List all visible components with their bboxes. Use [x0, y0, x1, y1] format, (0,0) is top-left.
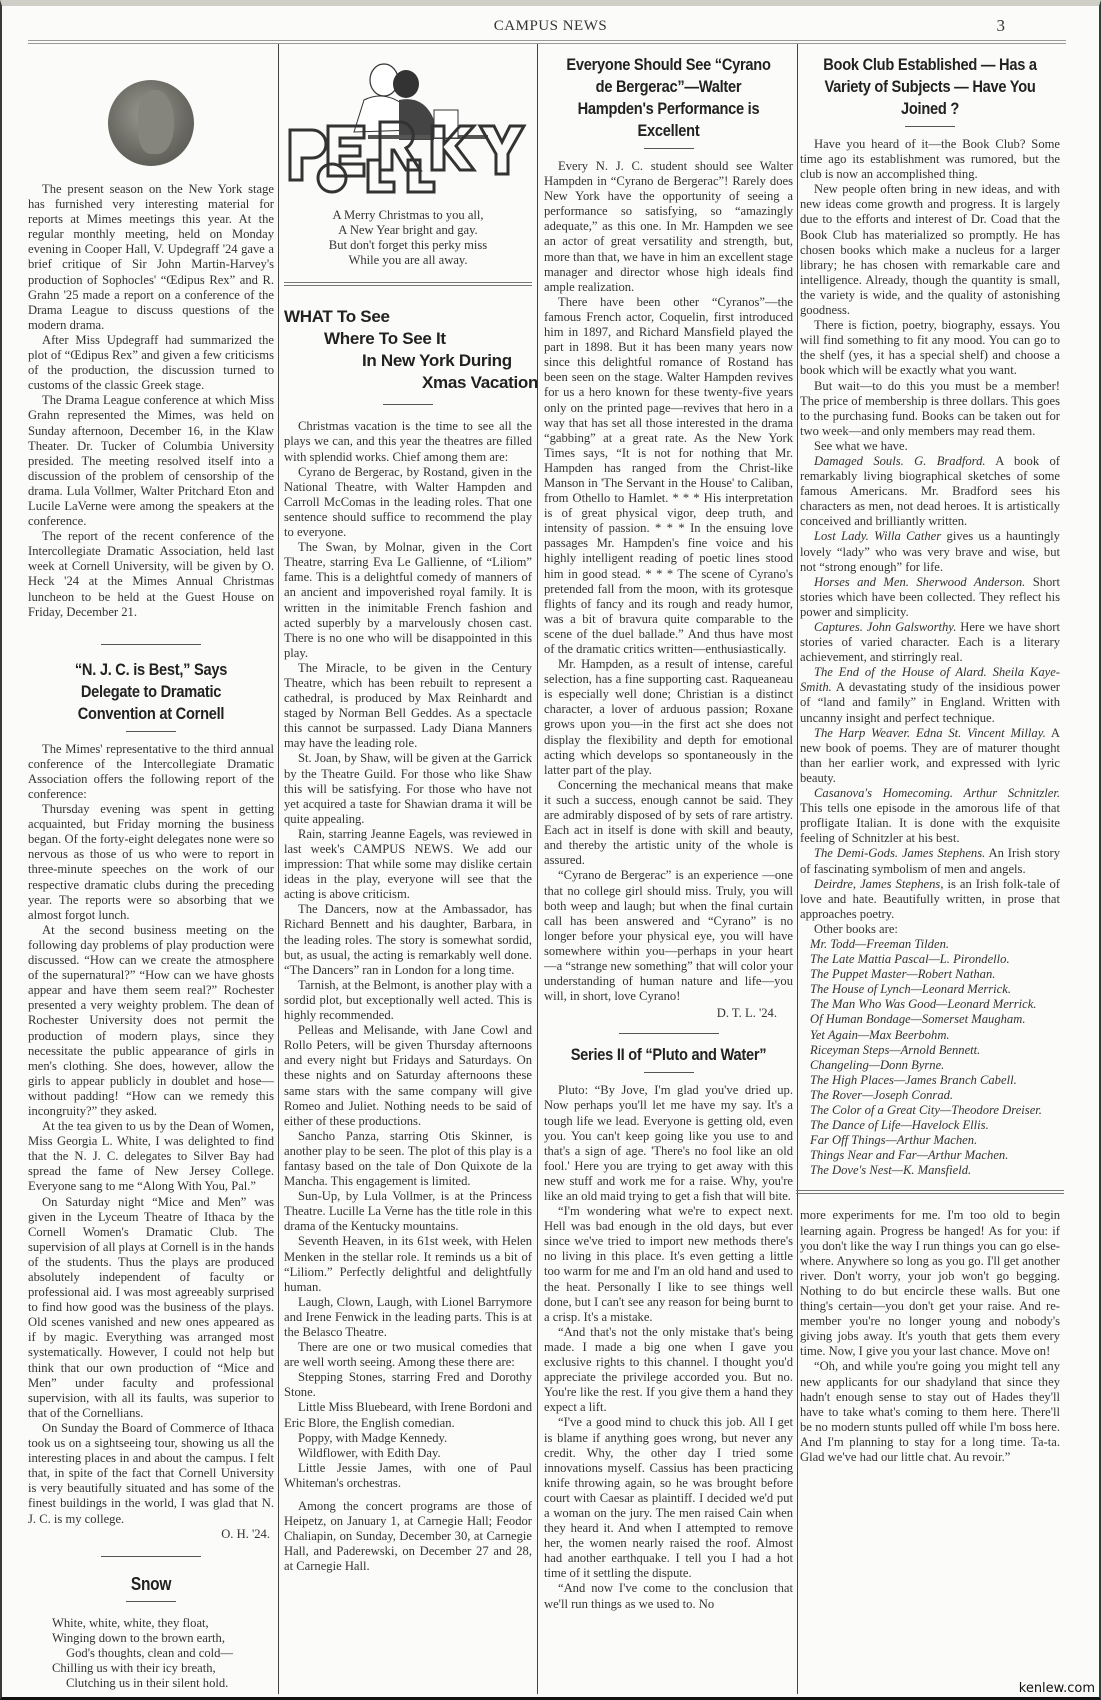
list-item: The Dance of Life—Havelock Ellis. [800, 1118, 1060, 1133]
paragraph: The present season on the New York stage… [28, 182, 274, 333]
paragraph: Among the concert programs are those of … [284, 1499, 532, 1574]
list-item: The Man Who Was Good—Leonard Merrick. [800, 997, 1060, 1012]
paragraph: Every N. J. C. student should see Wal­te… [544, 159, 793, 295]
signature: D. T. L. '24. [544, 1006, 793, 1021]
poem-line: Clutching us in their silent hold. [52, 1676, 274, 1691]
divider [619, 1033, 719, 1034]
column-2: A Merry Christmas to you all, A New Year… [284, 50, 532, 1575]
list-item: The House of Lynch—Leonard Mer­rick. [800, 982, 1060, 997]
newspaper-title: CAMPUS NEWS [0, 18, 1101, 35]
paragraph: Mr. Hampden, as a result of intense, car… [544, 657, 793, 778]
paragraph: After Miss Updegraff had summarized the … [28, 333, 274, 393]
masthead: CAMPUS NEWS 3 [0, 18, 1101, 38]
book-review: The Harp Weaver. Edna St. Vincent Millay… [800, 726, 1060, 786]
cyrano-headline: Everyone Should See “Cyrano de Bergerac”… [561, 54, 775, 142]
paragraph: “Cyrano de Bergerac” is an experience —o… [544, 868, 793, 1004]
play-entry: Seventh Heaven, in its 61st week, with H… [284, 1234, 532, 1294]
paragraph: There are one or two musical comedies th… [284, 1340, 532, 1370]
page-number: 3 [997, 16, 1006, 36]
musical-entry: Poppy, with Madge Kennedy. [284, 1431, 532, 1446]
verse-line: But don't forget this perky miss [284, 238, 532, 253]
divider [126, 1601, 176, 1602]
divider [126, 731, 176, 732]
divider [284, 282, 532, 286]
paragraph: On Saturday night “Mice and Men” was giv… [28, 1195, 274, 1421]
play-entry: The Miracle, to be given in the Cen­tury… [284, 661, 532, 752]
other-books-label: Other books are: [800, 922, 1060, 937]
paragraph: But wait—to do this you must be a member… [800, 379, 1060, 439]
paragraph: On Sunday the Board of Commerce of Ithac… [28, 1421, 274, 1527]
paragraph: At the tea given to us by the Dean of Wo… [28, 1119, 274, 1194]
paragraph: The Drama League conference at which Mis… [28, 393, 274, 529]
divider [796, 1190, 1064, 1194]
musical-entry: Stepping Stones, starring Fred and Dorot… [284, 1370, 532, 1400]
snow-title: Snow [45, 1573, 257, 1595]
divider [101, 644, 201, 645]
paragraph: Pluto: “By Jove, I'm glad you've dried u… [544, 1083, 793, 1204]
list-item: Changeling—Donn Byrne. [800, 1058, 1060, 1073]
perky-polly-logo-icon [284, 50, 532, 200]
paragraph: “And that's not the only mistake that's … [544, 1325, 793, 1416]
list-item: The High Places—James Branch Ca­bell. [800, 1073, 1060, 1088]
list-item: The Late Mattia Pascal—L. Pirondello. [800, 952, 1060, 967]
column-1: The present season on the New York stage… [28, 50, 274, 1691]
book-review: Captures. John Galsworthy. Here we have … [800, 620, 1060, 665]
other-books-list: Mr. Todd—Freeman Tilden. The Late Mattia… [800, 937, 1060, 1179]
poem-line: God's thoughts, clean and cold— [52, 1646, 274, 1661]
poem-line: Winging down to the brown earth, [52, 1631, 274, 1646]
mimes-article: The present season on the New York stage… [28, 182, 274, 620]
what-to-see-headline: WHAT To See Where To See It In New York … [284, 306, 532, 394]
paragraph: “I'm wondering what we're to expect next… [544, 1204, 793, 1325]
paragraph: Have you heard of it—the Book Club? Some… [800, 137, 1060, 182]
paragraph: Thursday evening was spent in getting ac… [28, 802, 274, 923]
play-entry: Pelleas and Melisande, with Jane Cowl an… [284, 1023, 532, 1129]
paragraph: At the second business meeting on the fo… [28, 923, 274, 1119]
list-item: Mr. Todd—Freeman Tilden. [800, 937, 1060, 952]
paragraph: There have been other “Cyranos”—the famo… [544, 295, 793, 657]
paragraph: The report of the recent conference of t… [28, 529, 274, 620]
watermark: kenlew.com [1019, 1681, 1095, 1696]
list-item: Riceyman Steps—Arnold Bennett. [800, 1043, 1060, 1058]
poem-line: White, white, white, they float, [52, 1616, 274, 1631]
book-review: Lost Lady. Willa Cather gives us a haunt… [800, 529, 1060, 574]
perky-polly-illustration [284, 50, 532, 200]
book-review: Deirdre, James Stephens, is an Irish fol… [800, 877, 1060, 922]
book-review: The End of the House of Alard. Sheila Ka… [800, 665, 1060, 725]
book-review: Casanova's Homecoming. Arthur Schnitzler… [800, 786, 1060, 846]
paragraph: Concerning the mechanical means that mak… [544, 778, 793, 869]
book-review: Horses and Men. Sherwood Anderson. Short… [800, 575, 1060, 620]
play-entry: The Swan, by Molnar, given in the Cort T… [284, 540, 532, 661]
divider [383, 404, 433, 405]
what-to-see-article: Christmas vacation is the time to see al… [284, 419, 532, 1574]
divider [101, 1556, 201, 1557]
paragraph: See what we have. [800, 439, 1060, 454]
list-item: Yet Again—Max Beerbohm. [800, 1028, 1060, 1043]
column-divider [278, 44, 279, 1694]
perky-verse: A Merry Christmas to you all, A New Year… [284, 208, 532, 268]
verse-line: A Merry Christmas to you all, [284, 208, 532, 223]
paragraph: Christmas vacation is the time to see al… [284, 419, 532, 464]
musical-entry: Wildflower, with Edith Day. [284, 1446, 532, 1461]
column-4: Book Club Established — Has a Variety of… [800, 50, 1060, 1465]
divider [644, 1072, 694, 1073]
signature: O. H. '24. [28, 1527, 274, 1542]
musical-entry: Little Jessie James, with one of Paul Wh… [284, 1461, 532, 1491]
list-item: Things Near and Far—Arthur Machen. [800, 1148, 1060, 1163]
list-item: The Puppet Master—Robert Nathan. [800, 967, 1060, 982]
play-entry: Tarnish, at the Belmont, is another play… [284, 978, 532, 1023]
list-item: The Color of a Great City—Theodore Dreis… [800, 1103, 1060, 1118]
masthead-rule [28, 40, 1066, 44]
coin-portrait-image [108, 80, 194, 166]
njc-headline: “N. J. C. is Best,” Says Delegate to Dra… [45, 659, 257, 725]
play-entry: Cyrano de Bergerac, by Rostand, given in… [284, 465, 532, 540]
list-item: The Dove's Nest—K. Mansfield. [800, 1163, 1060, 1178]
paragraph: There is fiction, poetry, biography, es­… [800, 318, 1060, 378]
play-entry: Laugh, Clown, Laugh, with Lionel Barrymo… [284, 1295, 532, 1340]
column-3: Everyone Should See “Cyrano de Bergerac”… [544, 50, 793, 1612]
book-review: The Demi-Gods. James Stephens. An Irish … [800, 846, 1060, 876]
paragraph: New people often bring in new ideas, and… [800, 182, 1060, 318]
column-divider [537, 44, 538, 1694]
paragraph: “And now I've come to the conclusion tha… [544, 1581, 793, 1611]
njc-article: The Mimes' representative to the third a… [28, 742, 274, 1542]
musical-entry: Little Miss Bluebeard, with Irene Bor­do… [284, 1400, 532, 1430]
book-club-article: Have you heard of it—the Book Club? Some… [800, 137, 1060, 1178]
pluto-headline: Series II of “Pluto and Water” [561, 1044, 775, 1066]
paragraph: The Mimes' representative to the third a… [28, 742, 274, 802]
poem-line: Chilling us with their icy breath, [52, 1661, 274, 1676]
book-review: Damaged Souls. G. Bradford. A book of re… [800, 454, 1060, 529]
divider [644, 148, 694, 149]
cyrano-article: Every N. J. C. student should see Wal­te… [544, 159, 793, 1021]
play-entry: Sun-Up, by Lula Vollmer, is at the Princ… [284, 1189, 532, 1234]
paragraph: “I've a good mind to chuck this job. All… [544, 1415, 793, 1581]
play-entry: Sancho Panza, starring Otis Skinner, is … [284, 1129, 532, 1189]
play-entry: Rain, starring Jeanne Eagels, was re­vie… [284, 827, 532, 902]
play-entry: The Dancers, now at the Ambassa­dor, has… [284, 902, 532, 977]
pluto-continued-article: more experiments for me. I'm too old to … [800, 1208, 1060, 1465]
paragraph: “Oh, and while you're going you might te… [800, 1359, 1060, 1465]
book-club-headline: Book Club Established — Has a Variety of… [818, 54, 1042, 120]
paragraph: more experiments for me. I'm too old to … [800, 1208, 1060, 1359]
column-divider [797, 44, 798, 1694]
verse-line: A New Year bright and gay. [284, 223, 532, 238]
list-item: Of Human Bondage—Somerset Mau­gham. [800, 1012, 1060, 1027]
divider [905, 126, 955, 127]
list-item: Far Off Things—Arthur Machen. [800, 1133, 1060, 1148]
snow-poem: White, white, white, they float, Winging… [28, 1616, 274, 1691]
verse-line: While you are all away. [284, 253, 532, 268]
play-entry: St. Joan, by Shaw, will be given at the … [284, 751, 532, 826]
list-item: The Rover—Joseph Conrad. [800, 1088, 1060, 1103]
pluto-article: Pluto: “By Jove, I'm glad you've dried u… [544, 1083, 793, 1611]
